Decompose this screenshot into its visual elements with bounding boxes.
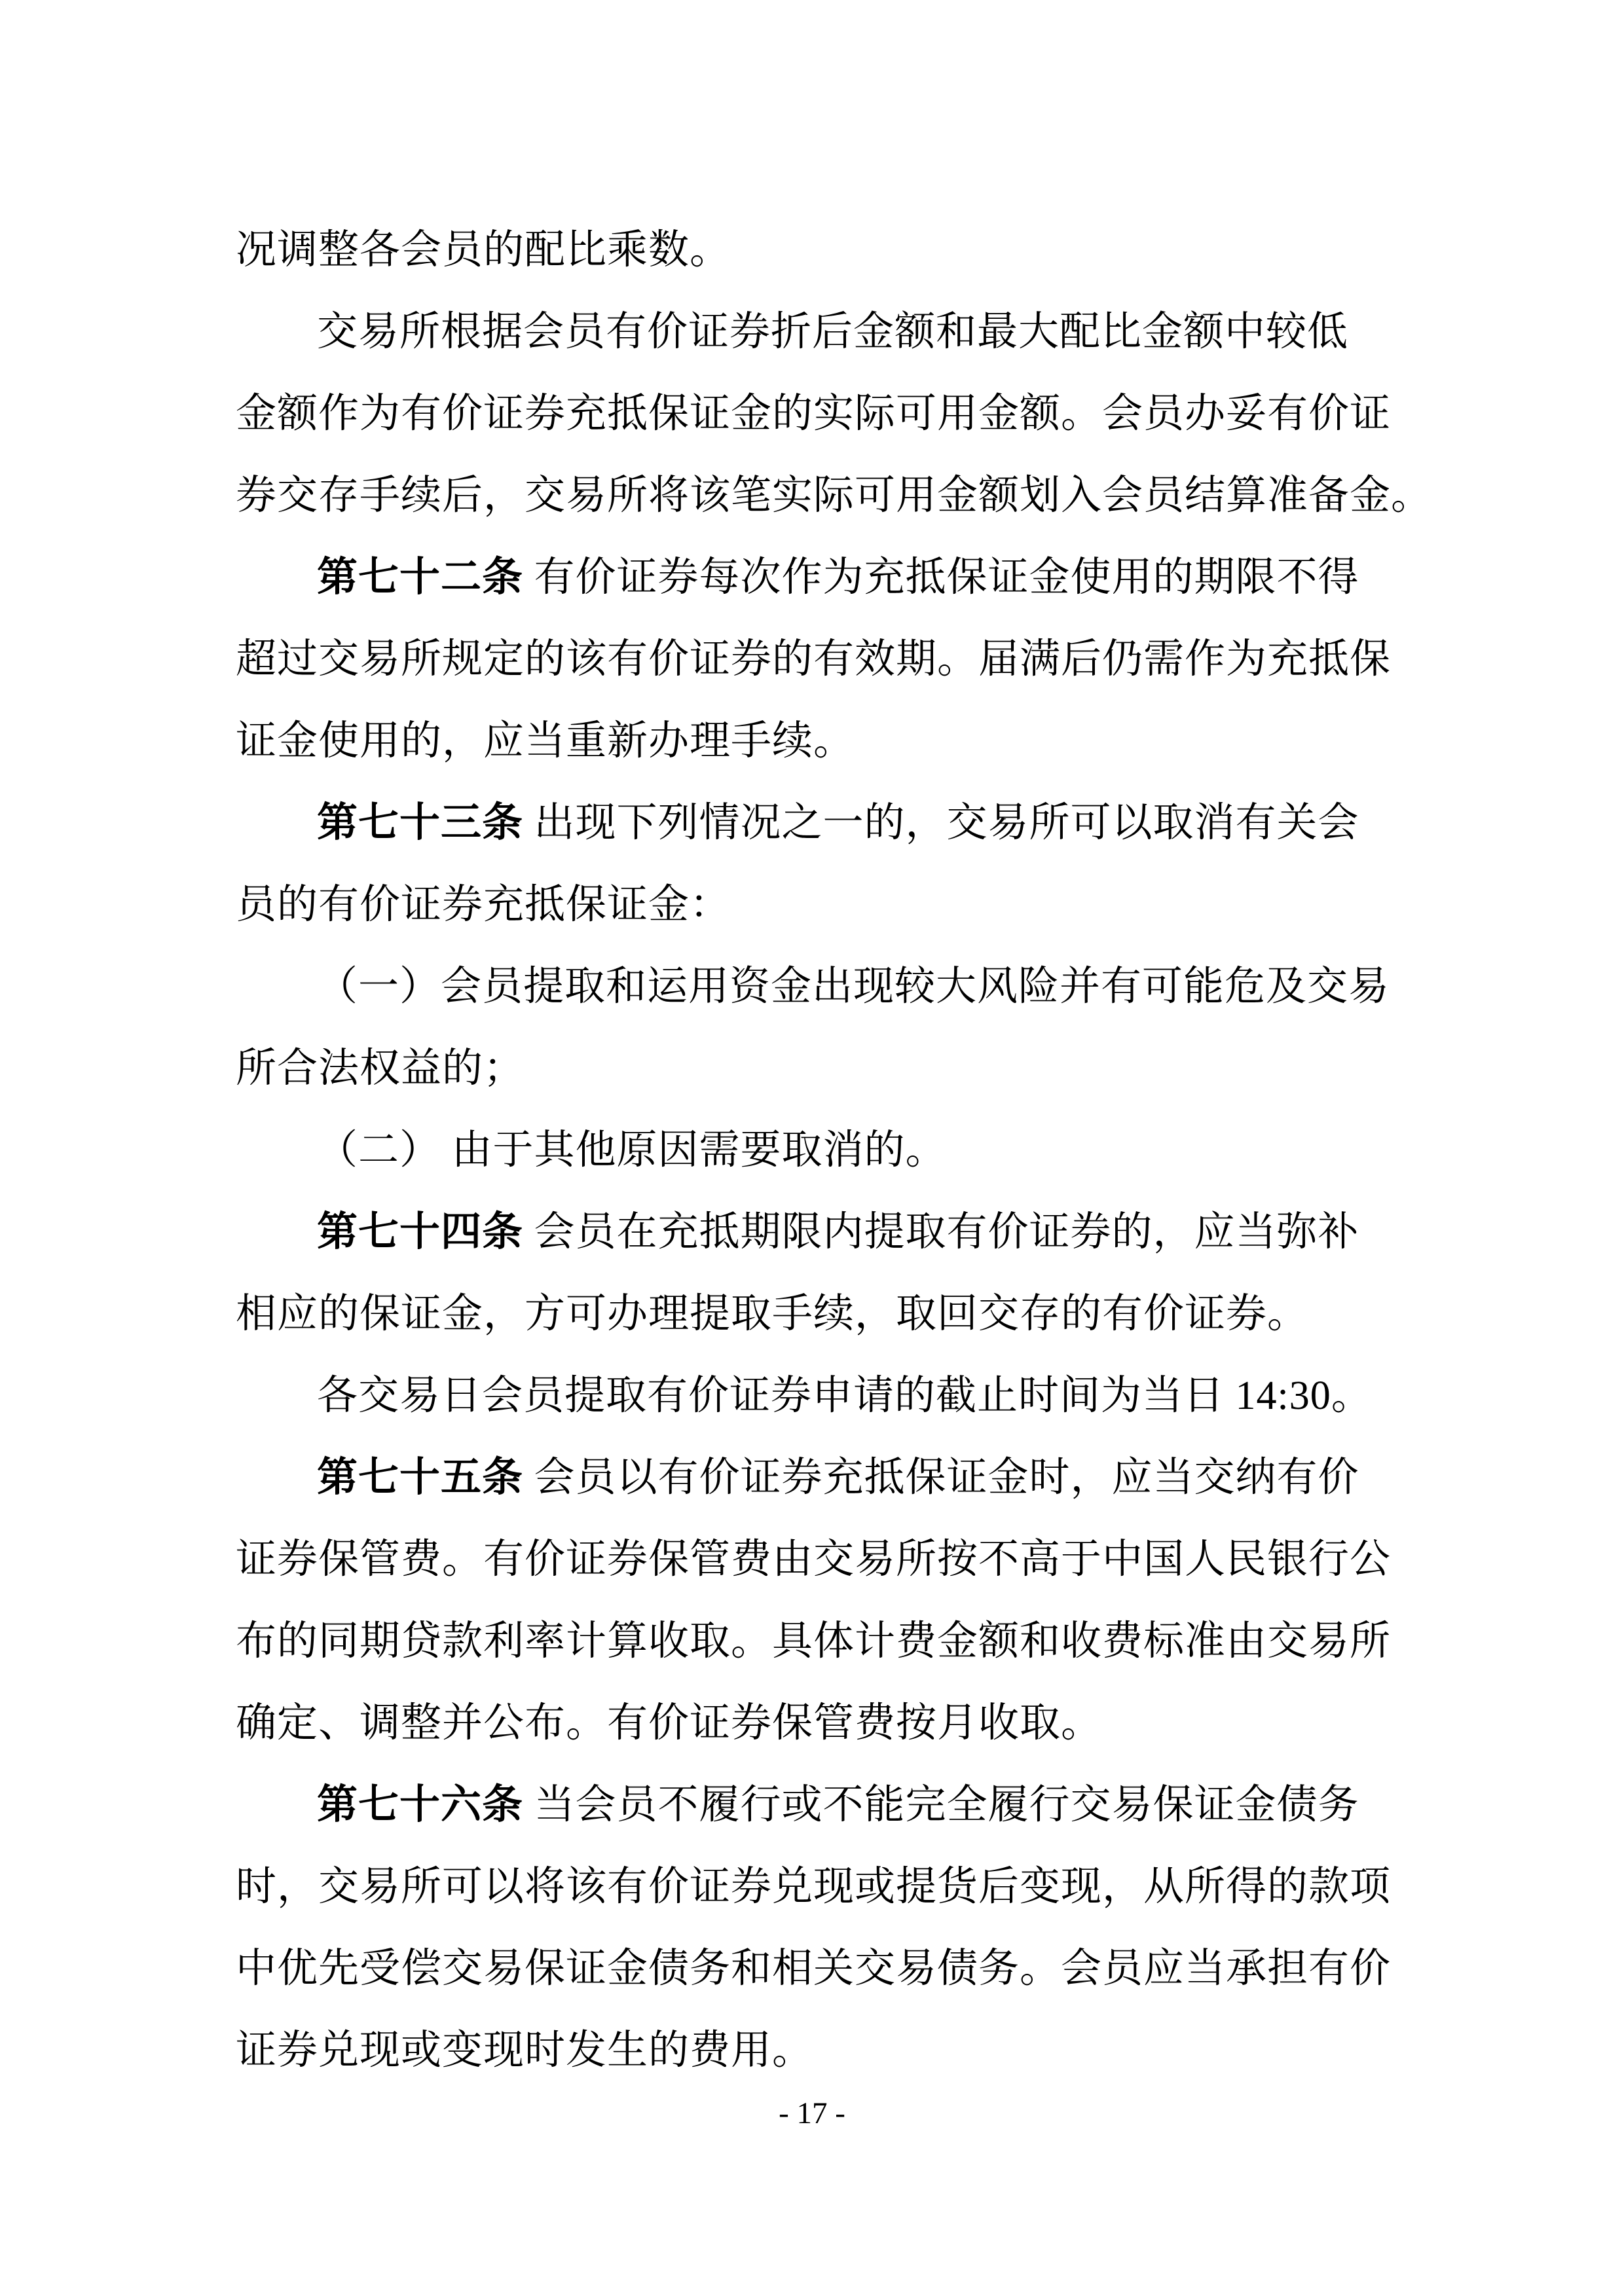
line-text: 时，交易所可以将该有价证券兑现或提货后变现，从所得的款项: [236, 1865, 1391, 1909]
line-text: 会员以有价证券充抵保证金时，应当交纳有价: [523, 1455, 1359, 1500]
body-line: 第七十六条 当会员不履行或不能完全履行交易保证金债务: [236, 1764, 1378, 1846]
body-line: 各交易日会员提取有价证券申请的截止时间为当日 14:30。: [236, 1355, 1378, 1437]
body-line: 金额作为有价证券充抵保证金的实际可用金额。会员办妥有价证: [236, 373, 1378, 455]
article-number: 第七十六条: [317, 1783, 523, 1827]
line-text: 证金使用的，应当重新办理手续。: [236, 719, 855, 763]
body-line: 超过交易所规定的该有价证券的有效期。届满后仍需作为充抵保: [236, 619, 1378, 701]
page-number: - 17 -: [0, 2090, 1624, 2137]
body-line: 证券保管费。有价证券保管费由交易所按不高于中国人民银行公: [236, 1519, 1378, 1601]
line-text: 况调整各会员的配比乘数。: [236, 228, 731, 272]
document-page: 况调整各会员的配比乘数。 交易所根据会员有价证券折后金额和最大配比金额中较低 金…: [0, 0, 1624, 2296]
body-line: 员的有价证券充抵保证金：: [236, 864, 1378, 946]
body-line: 第七十五条 会员以有价证券充抵保证金时，应当交纳有价: [236, 1437, 1378, 1519]
line-text: 交易所根据会员有价证券折后金额和最大配比金额中较低: [317, 310, 1348, 354]
line-text: 确定、调整并公布。有价证券保管费按月收取。: [236, 1701, 1102, 1745]
line-text: 当会员不履行或不能完全履行交易保证金债务: [523, 1783, 1359, 1827]
line-text: 出现下列情况之一的，交易所可以取消有关会: [523, 801, 1359, 845]
line-text: （一）会员提取和运用资金出现较大风险并有可能危及交易: [317, 964, 1390, 1009]
body-line: 确定、调整并公布。有价证券保管费按月收取。: [236, 1683, 1378, 1764]
line-text: 有价证券每次作为充抵保证金使用的期限不得: [523, 555, 1359, 600]
line-text: 布的同期贷款利率计算收取。具体计费金额和收费标准由交易所: [236, 1619, 1391, 1664]
line-text: 中优先受偿交易保证金债务和相关交易债务。会员应当承担有价: [236, 1946, 1391, 1991]
line-text: 会员在充抵期限内提取有价证券的，应当弥补: [523, 1210, 1359, 1254]
article-number: 第七十五条: [317, 1455, 523, 1500]
body-line: 券交存手续后，交易所将该笔实际可用金额划入会员结算准备金。: [236, 455, 1378, 537]
body-line: 第七十二条 有价证券每次作为充抵保证金使用的期限不得: [236, 537, 1378, 619]
line-text: 所合法权益的；: [236, 1046, 525, 1091]
body-line: 中优先受偿交易保证金债务和相关交易债务。会员应当承担有价: [236, 1928, 1378, 2010]
body-line: 证券兑现或变现时发生的费用。: [236, 2010, 1378, 2092]
body-line: 布的同期贷款利率计算收取。具体计费金额和收费标准由交易所: [236, 1601, 1378, 1683]
article-number: 第七十三条: [317, 801, 523, 845]
article-number: 第七十二条: [317, 555, 523, 600]
line-text: 员的有价证券充抵保证金：: [236, 883, 731, 927]
line-text: 证券兑现或变现时发生的费用。: [236, 2028, 813, 2073]
body-line: （一）会员提取和运用资金出现较大风险并有可能危及交易: [236, 946, 1378, 1028]
article-number: 第七十四条: [317, 1210, 523, 1254]
line-text: 金额作为有价证券充抵保证金的实际可用金额。会员办妥有价证: [236, 392, 1391, 436]
document-body: 况调整各会员的配比乘数。 交易所根据会员有价证券折后金额和最大配比金额中较低 金…: [236, 210, 1378, 2092]
body-line: （二） 由于其他原因需要取消的。: [236, 1110, 1378, 1192]
body-line: 时，交易所可以将该有价证券兑现或提货后变现，从所得的款项: [236, 1846, 1378, 1928]
line-text: 券交存手续后，交易所将该笔实际可用金额划入会员结算准备金。: [236, 473, 1432, 518]
line-text: 超过交易所规定的该有价证券的有效期。届满后仍需作为充抵保: [236, 637, 1391, 682]
body-line: 第七十三条 出现下列情况之一的，交易所可以取消有关会: [236, 782, 1378, 864]
body-line: 第七十四条 会员在充抵期限内提取有价证券的，应当弥补: [236, 1192, 1378, 1273]
line-text: 相应的保证金，方可办理提取手续，取回交存的有价证券。: [236, 1292, 1308, 1336]
body-line: 所合法权益的；: [236, 1028, 1378, 1110]
body-line: 交易所根据会员有价证券折后金额和最大配比金额中较低: [236, 291, 1378, 373]
body-line: 证金使用的，应当重新办理手续。: [236, 701, 1378, 782]
body-line: 相应的保证金，方可办理提取手续，取回交存的有价证券。: [236, 1273, 1378, 1355]
line-text: 各交易日会员提取有价证券申请的截止时间为当日 14:30。: [317, 1374, 1373, 1418]
line-text: （二） 由于其他原因需要取消的。: [317, 1128, 947, 1173]
line-text: 证券保管费。有价证券保管费由交易所按不高于中国人民银行公: [236, 1537, 1391, 1582]
body-line: 况调整各会员的配比乘数。: [236, 210, 1378, 291]
